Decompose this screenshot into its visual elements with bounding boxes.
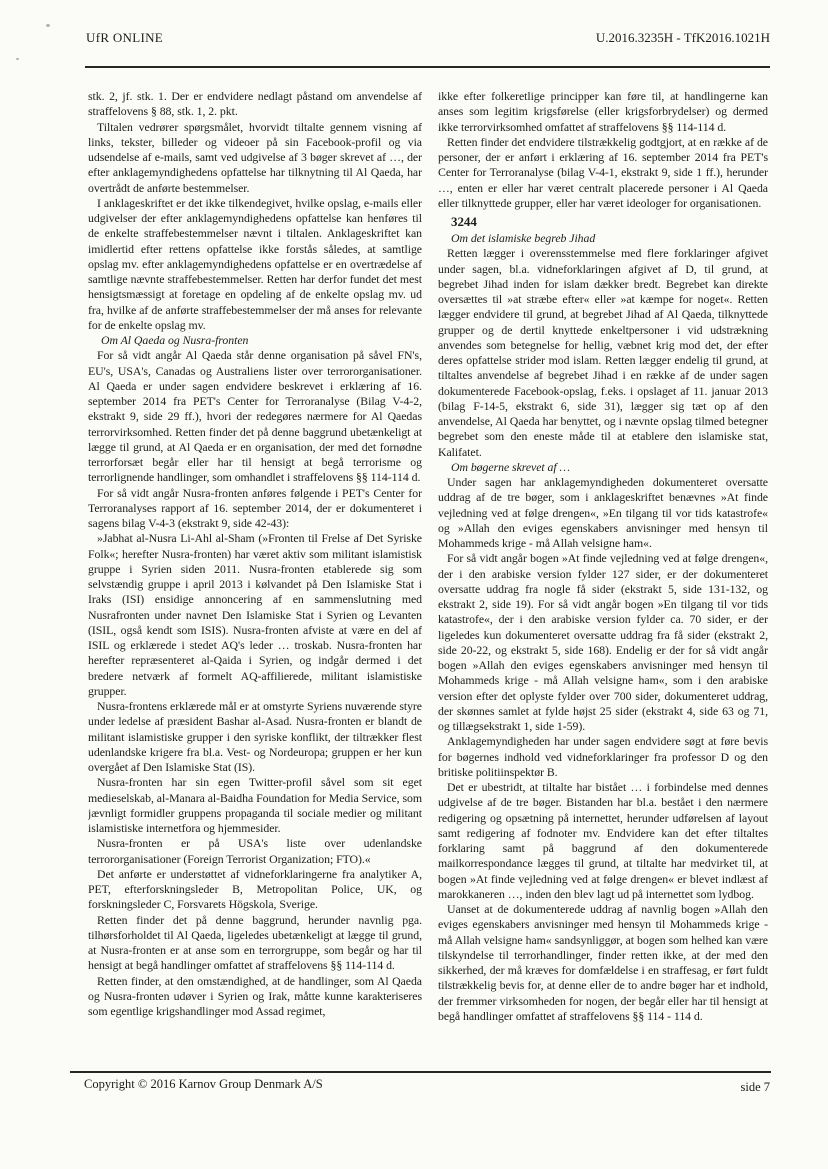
paragraph: Nusra-frontens erklærede mål er at omsty…	[88, 699, 422, 775]
paragraph: Tiltalen vedrører spørgsmålet, hvorvidt …	[88, 120, 422, 196]
section-heading: Om bøgerne skrevet af …	[438, 460, 768, 475]
header-brand: UfR ONLINE	[86, 30, 163, 46]
paragraph: I anklageskriftet er det ikke tilkendegi…	[88, 196, 422, 333]
footer-page-number: side 7	[740, 1080, 770, 1095]
paragraph: Retten finder det endvidere tilstrækkeli…	[438, 135, 768, 211]
paragraph: Nusra-fronten er på USA's liste over ude…	[88, 836, 422, 867]
paragraph: Retten lægger i overensstemmelse med fle…	[438, 246, 768, 460]
paragraph: »Jabhat al-Nusra Li-Ahl al-Sham (»Fronte…	[88, 531, 422, 699]
paragraph: Retten finder, at den omstændighed, at d…	[88, 974, 422, 1020]
paragraph: ikke efter folkeretlige principper kan f…	[438, 89, 768, 135]
paragraph: Det er ubestridt, at tiltalte har biståe…	[438, 780, 768, 902]
right-column: ikke efter folkeretlige principper kan f…	[438, 89, 768, 1071]
footer-rule	[70, 1071, 771, 1073]
left-column: stk. 2, jf. stk. 1. Der er endvidere ned…	[88, 89, 422, 1071]
footer-copyright: Copyright © 2016 Karnov Group Denmark A/…	[84, 1077, 323, 1092]
document-page: UfR ONLINE U.2016.3235H - TfK2016.1021H …	[0, 0, 828, 1169]
paragraph: Uanset at de dokumenterede uddrag af nav…	[438, 902, 768, 1024]
section-heading: Om det islamiske begreb Jihad	[438, 231, 768, 246]
paragraph: Nusra-fronten har sin egen Twitter-profi…	[88, 775, 422, 836]
paragraph: Retten finder det på denne baggrund, her…	[88, 913, 422, 974]
section-heading: Om Al Qaeda og Nusra-fronten	[88, 333, 422, 348]
header-rule	[85, 66, 770, 68]
paragraph: stk. 2, jf. stk. 1. Der er endvidere ned…	[88, 89, 422, 120]
header-citation: U.2016.3235H - TfK2016.1021H	[596, 30, 770, 46]
paragraph: Under sagen har anklagemyndigheden dokum…	[438, 475, 768, 551]
text-body: stk. 2, jf. stk. 1. Der er endvidere ned…	[88, 89, 768, 1071]
paragraph: For så vidt angår bogen »At finde vejled…	[438, 551, 768, 734]
scan-speck	[16, 58, 19, 60]
paragraph: For så vidt angår Nusra-fronten anføres …	[88, 486, 422, 532]
paragraph: Det anførte er understøttet af vidnefork…	[88, 867, 422, 913]
paragraph: For så vidt angår Al Qaeda står denne or…	[88, 348, 422, 485]
paragraph: Anklagemyndigheden har under sagen endvi…	[438, 734, 768, 780]
ufr-page-marker: 3244	[438, 214, 768, 230]
scan-speck	[46, 24, 50, 27]
